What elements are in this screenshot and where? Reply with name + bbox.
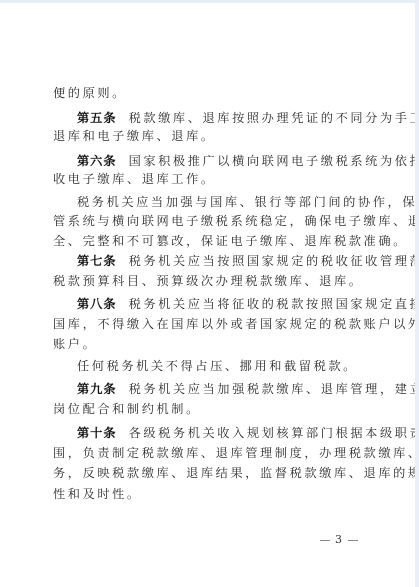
text-line: 全、完整和不可篡改，保证电子缴库、退库税款准确。 bbox=[53, 234, 408, 248]
text-line: 便的原则。 bbox=[53, 86, 127, 100]
article-heading: 第十条 bbox=[77, 426, 117, 440]
text-line: 性和及时性。 bbox=[53, 487, 142, 501]
article-heading: 第五条 bbox=[77, 111, 117, 125]
article-7: 第七条税务机关应当按照国家规定的税收征收管理范围和 bbox=[77, 254, 419, 268]
text-line: 岗位配合和制约机制。 bbox=[53, 402, 201, 416]
text-line: 管系统与横向联网电子缴税系统稳定，确保电子缴库、退库信息安 bbox=[53, 214, 419, 228]
text-line: 收电子缴库、退库工作。 bbox=[53, 172, 216, 186]
dash-right bbox=[348, 540, 358, 541]
article-9: 第九条税务机关应当加强税款缴库、退库管理，建立部门、 bbox=[77, 382, 419, 396]
text-line: 退库和电子缴库、退库。 bbox=[53, 129, 216, 143]
article-6: 第六条国家积极推广以横向联网电子缴税系统为依托的税 bbox=[77, 154, 419, 168]
scrollbar-edge[interactable] bbox=[415, 3, 419, 587]
text-line: 国库，不得缴入在国库以外或者国家规定的税款账户以外的任何 bbox=[53, 317, 419, 331]
article-heading: 第八条 bbox=[77, 297, 117, 311]
article-5: 第五条税款缴库、退库按照办理凭证的不同分为手工缴库、 bbox=[77, 111, 419, 125]
article-8: 第八条税务机关应当将征收的税款按照国家规定直接缴入 bbox=[77, 297, 419, 311]
article-heading: 第九条 bbox=[77, 382, 117, 396]
text-line: 账户。 bbox=[53, 337, 97, 351]
text-line: 任何税务机关不得占压、挪用和截留税款。 bbox=[77, 359, 358, 373]
article-heading: 第六条 bbox=[77, 154, 117, 168]
document-viewer: 便的原则。 第五条税款缴库、退库按照办理凭证的不同分为手工缴库、 退库和电子缴库… bbox=[0, 0, 419, 587]
page-number: 3 bbox=[315, 533, 363, 546]
text-line: 围，负责制定税款缴库、退库管理制度，办理税款缴库、退库相关业 bbox=[53, 446, 419, 460]
article-heading: 第七条 bbox=[77, 254, 117, 268]
text-line: 务，反映税款缴库、退库结果，监督税款缴库、退库的规范性、准确 bbox=[53, 466, 419, 480]
document-page: 便的原则。 第五条税款缴库、退库按照办理凭证的不同分为手工缴库、 退库和电子缴库… bbox=[0, 3, 414, 587]
article-10: 第十条各级税务机关收入规划核算部门根据本级职责范 bbox=[77, 426, 419, 440]
text-line: 税务机关应当加强与国库、银行等部门间的协作，保持税收征 bbox=[77, 195, 419, 209]
dash-left bbox=[320, 540, 330, 541]
text-line: 税款预算科目、预算级次办理税款缴库、退库。 bbox=[53, 274, 364, 288]
